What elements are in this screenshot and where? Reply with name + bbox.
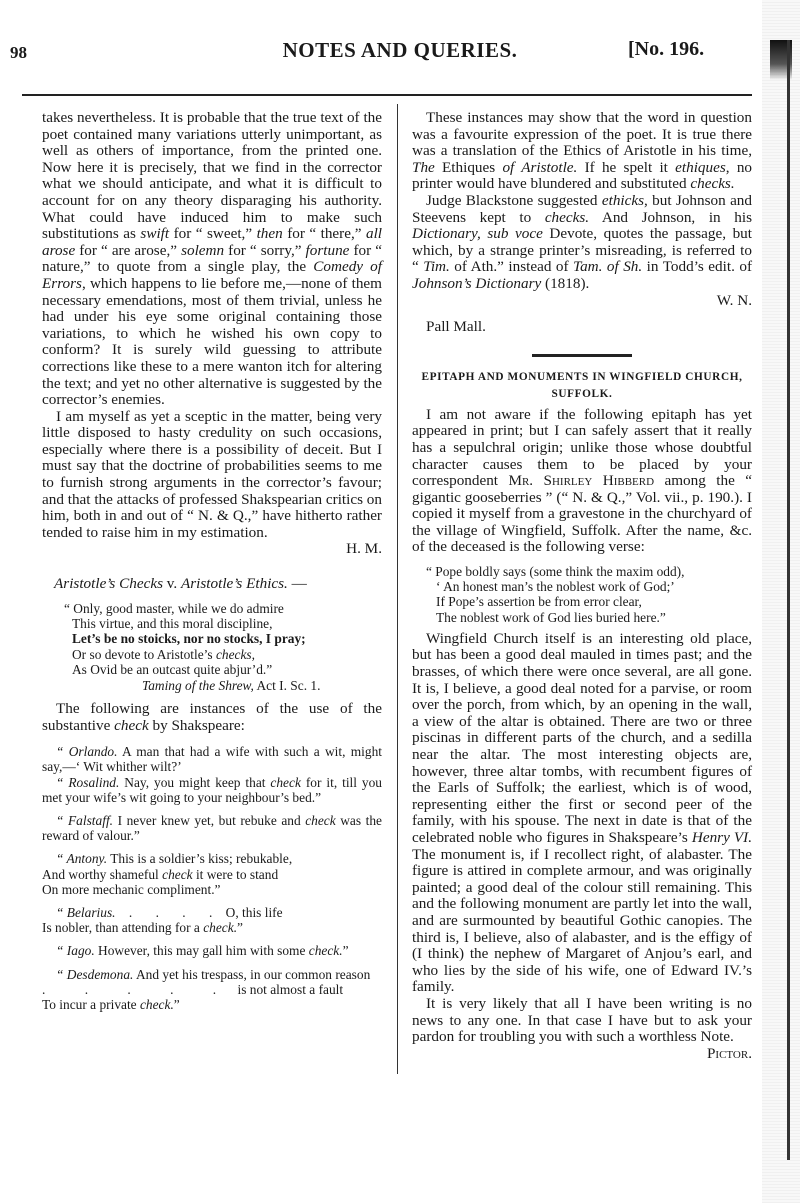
newspaper-page: 98 NOTES AND QUERIES. [No. 196. takes ne… [0,0,800,1203]
paragraph: I am myself as yet a sceptic in the matt… [42,409,382,542]
header-rule [22,94,752,96]
shakespeare-quotes: “ Orlando. A man that had a wife with su… [42,744,382,1012]
quote-orlando-rosalind: “ Orlando. A man that had a wife with su… [42,744,382,805]
quote-iago: “ Iago. However, this may gall him with … [42,943,382,958]
quote-belarius: “ Belarius. . . . . O, this life Is nobl… [42,905,382,935]
paragraph: It is very likely that all I have been w… [412,996,752,1046]
signature: Pictor. [693,1046,752,1063]
paragraph: These instances may show that the word i… [412,110,752,193]
right-column: These instances may show that the word i… [412,110,752,1062]
page-edge-shadow [762,0,800,1203]
place-line: Pall Mall. [426,319,752,336]
left-column: takes nevertheless. It is probable that … [42,110,382,1020]
quote-antony: “ Antony. This is a soldier’s kiss; rebu… [42,851,382,897]
signature: H. M. [42,541,382,558]
quote-falstaff: “ Falstaff. I never knew yet, but rebuke… [42,813,382,843]
issue-number: [No. 196. [628,38,704,61]
page-edge-line [787,40,790,1160]
verse-quote: “ Only, good master, while we do admire … [42,601,382,693]
paragraph: Judge Blackstone suggested ethicks, but … [412,193,752,293]
article-heading: Aristotle’s Checks v. Aristotle’s Ethics… [54,576,382,593]
epitaph-verse: “ Pope boldly says (some think the maxim… [426,564,752,625]
section-title: EPITAPH AND MONUMENTS IN WINGFIELD CHURC… [412,369,752,403]
quote-desdemona: “ Desdemona. And yet his trespass, in ou… [42,967,382,1013]
verse-citation: Taming of the Shrew, Act I. Sc. 1. [42,678,382,693]
column-divider [397,104,398,1074]
section-rule [532,354,632,357]
signature: W. N. [412,293,752,310]
paragraph: The following are instances of the use o… [42,701,382,734]
paragraph: Wingfield Church itself is an interestin… [412,631,752,996]
paragraph: takes nevertheless. It is probable that … [42,110,382,409]
paragraph: I am not aware if the following epitaph … [412,407,752,556]
